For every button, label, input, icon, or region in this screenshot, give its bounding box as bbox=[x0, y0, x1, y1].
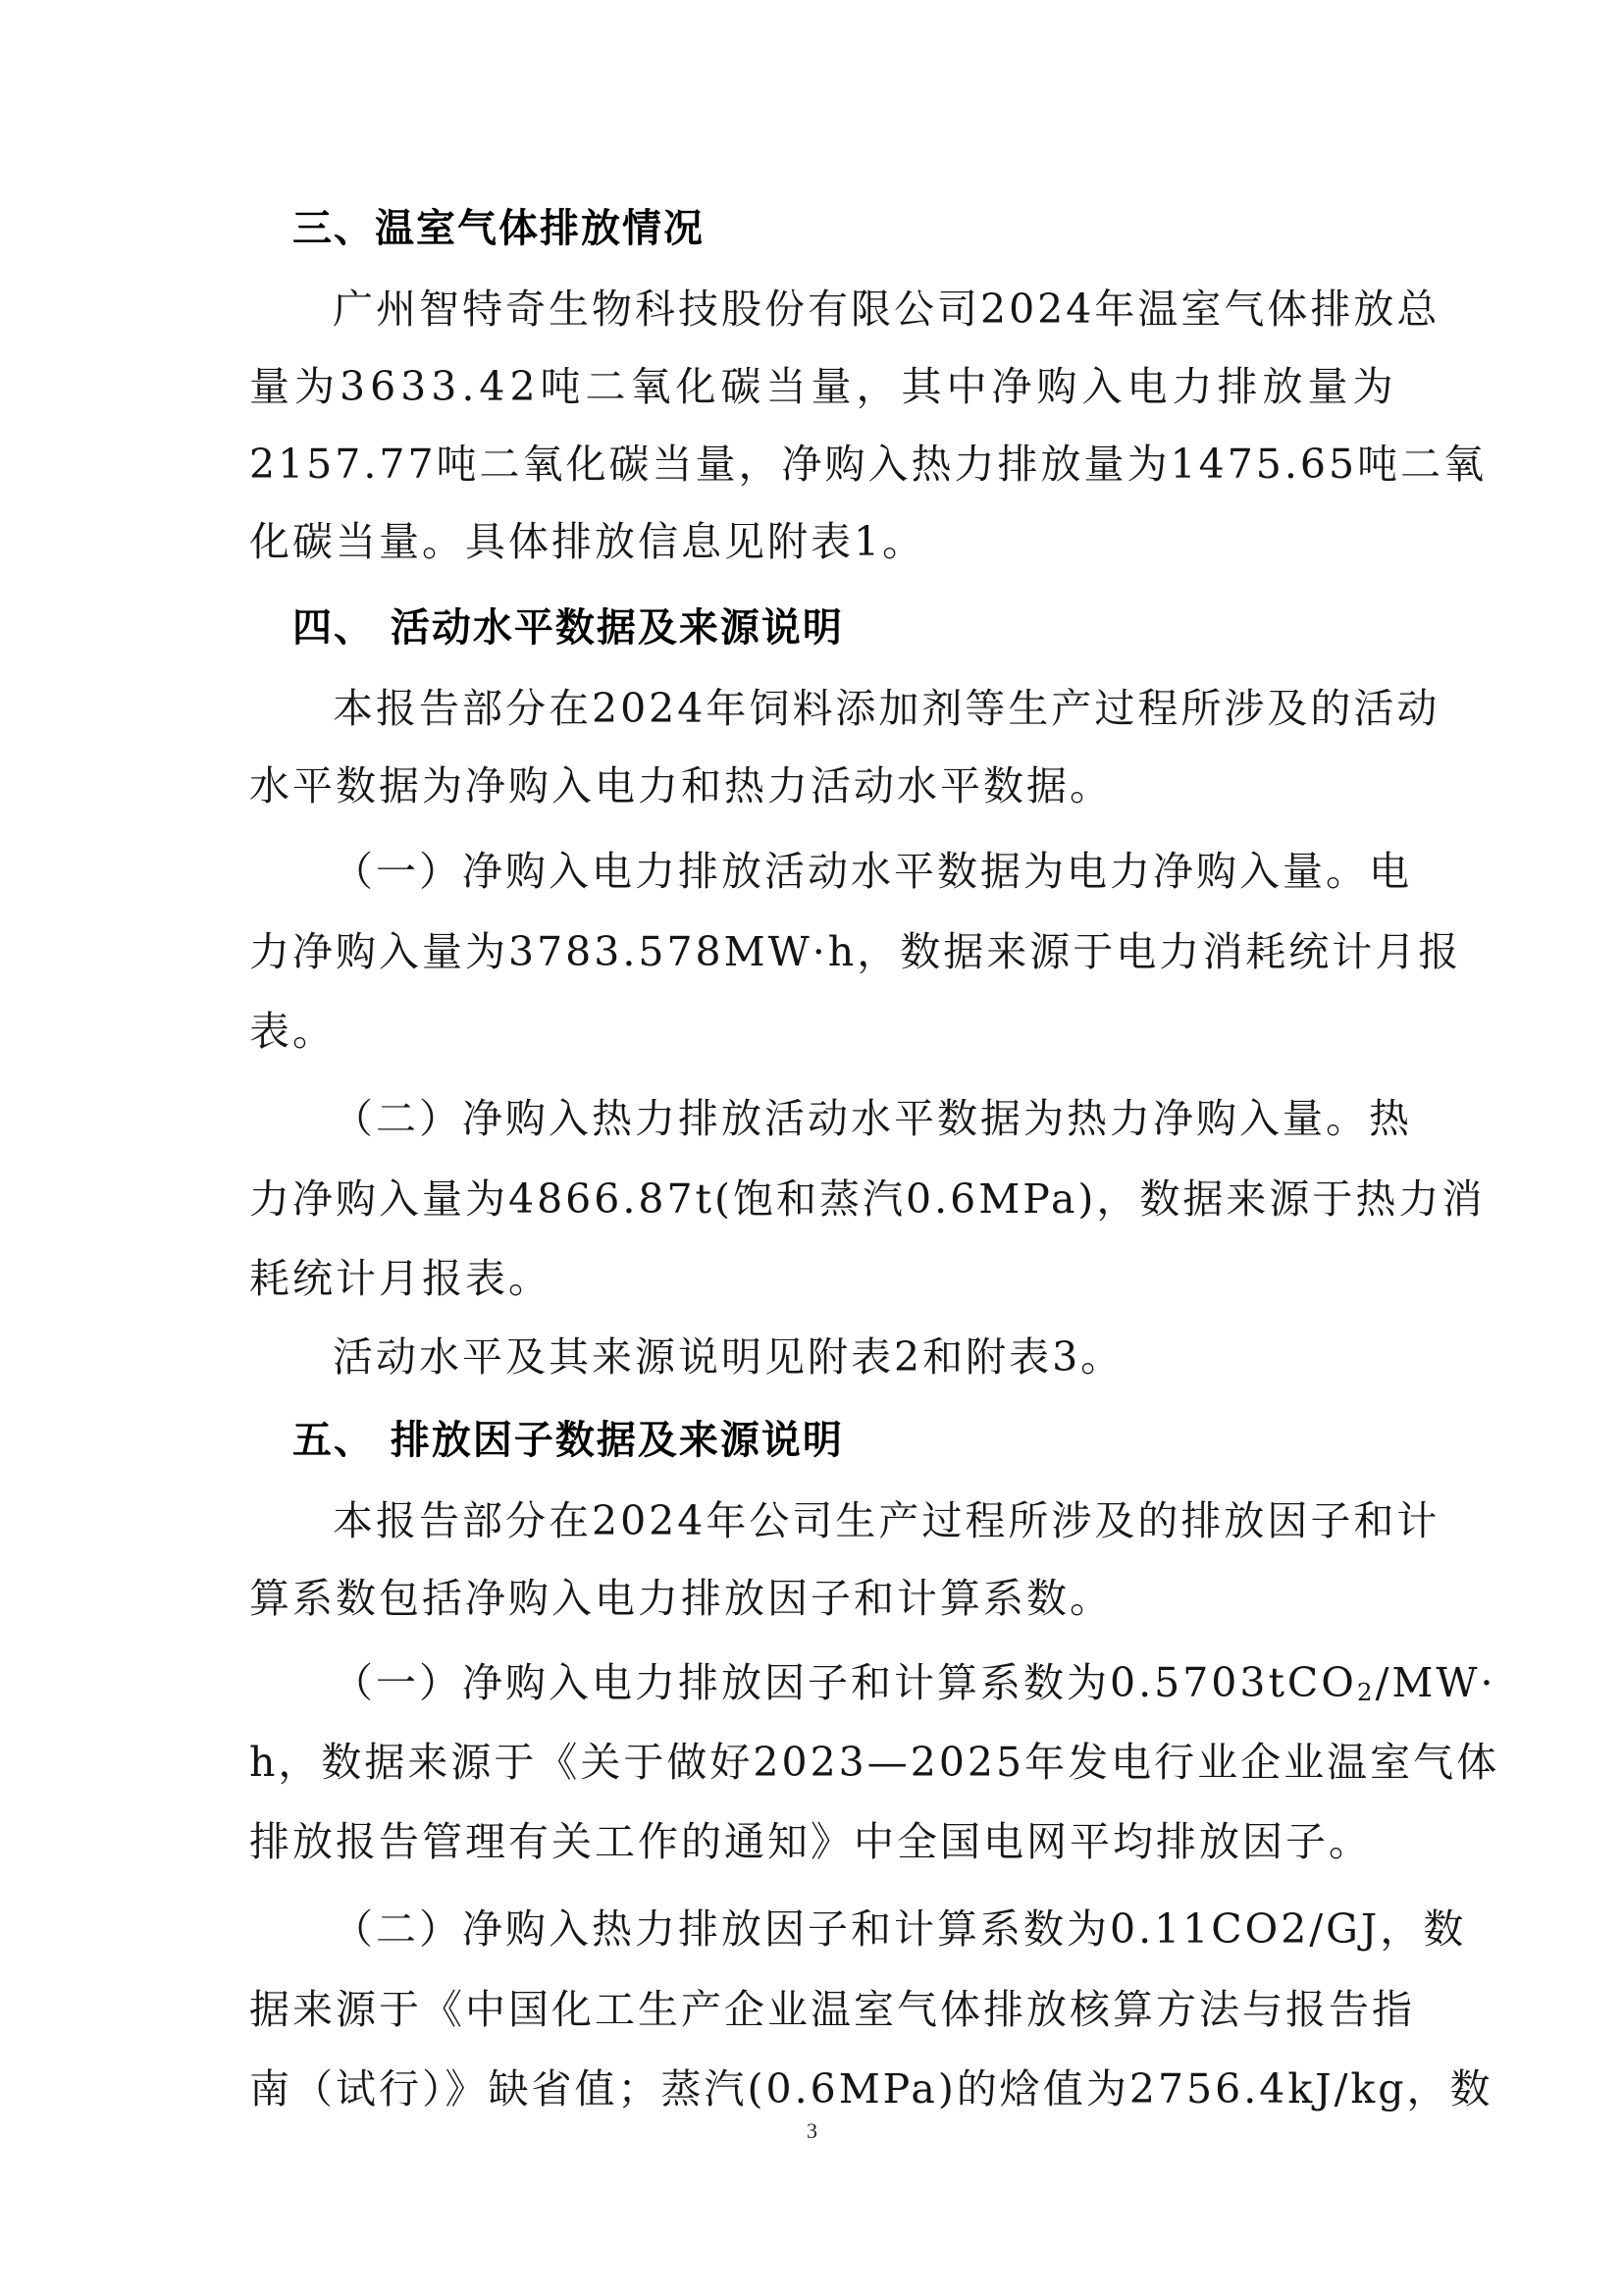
section-heading-3: 三、温室气体排放情况 bbox=[292, 204, 705, 253]
paragraph-line: 耗统计月报表。 bbox=[249, 1254, 551, 1303]
paragraph-line: h，数据来源于《关于做好2023—2025年发电行业企业温室气体 bbox=[249, 1738, 1499, 1787]
paragraph-line: 表。 bbox=[249, 1007, 336, 1056]
section-heading-4: 四、 活动水平数据及来源说明 bbox=[292, 603, 844, 652]
paragraph-line: 水平数据为净购入电力和热力活动水平数据。 bbox=[249, 761, 1113, 810]
paragraph-line: 南（试行）》缺省值；蒸汽(0.6MPa)的焓值为2756.4kJ/kg，数 bbox=[249, 2064, 1493, 2113]
paragraph-line: 广州智特奇生物科技股份有限公司2024年温室气体排放总 bbox=[333, 285, 1440, 334]
paragraph-line: （一）净购入电力排放因子和计算系数为0.5703tCO2/MW· bbox=[333, 1658, 1496, 1717]
paragraph-line: 算系数包括净购入电力排放因子和计算系数。 bbox=[249, 1574, 1113, 1623]
paragraph-line: 排放报告管理有关工作的通知》中全国电网平均排放因子。 bbox=[249, 1817, 1372, 1866]
paragraph-line: 力净购入量为4866.87t(饱和蒸汽0.6MPa)，数据来源于热力消 bbox=[249, 1174, 1485, 1224]
emission-factor-text: （一）净购入电力排放因子和计算系数为0.5703tCO bbox=[333, 1659, 1357, 1706]
paragraph-line: 活动水平及其来源说明见附表2和附表3。 bbox=[333, 1332, 1124, 1382]
paragraph-line: 2157.77吨二氧化碳当量，净购入热力排放量为1475.65吨二氧 bbox=[249, 440, 1487, 489]
unit-tail: /MW· bbox=[1376, 1659, 1496, 1706]
paragraph-line: 本报告部分在2024年饲料添加剂等生产过程所涉及的活动 bbox=[333, 684, 1440, 733]
page-number: 3 bbox=[0, 2118, 1624, 2144]
paragraph-line: 化碳当量。具体排放信息见附表1。 bbox=[249, 517, 925, 566]
paragraph-line: （一）净购入电力排放活动水平数据为电力净购入量。电 bbox=[333, 847, 1412, 896]
co2-subscript: 2 bbox=[1357, 1678, 1376, 1706]
paragraph-line: 量为3633.42吨二氧化碳当量，其中净购入电力排放量为 bbox=[249, 362, 1398, 411]
document-page: 三、温室气体排放情况 广州智特奇生物科技股份有限公司2024年温室气体排放总 量… bbox=[0, 0, 1624, 2295]
paragraph-line: 本报告部分在2024年公司生产过程所涉及的排放因子和计 bbox=[333, 1496, 1440, 1545]
paragraph-line: 力净购入量为3783.578MW·h，数据来源于电力消耗统计月报 bbox=[249, 927, 1461, 976]
section-heading-5: 五、 排放因子数据及来源说明 bbox=[292, 1416, 844, 1465]
paragraph-line: （二）净购入热力排放因子和计算系数为0.11CO2/GJ，数 bbox=[333, 1904, 1466, 1954]
paragraph-line: 据来源于《中国化工生产企业温室气体排放核算方法与报告指 bbox=[249, 1985, 1415, 2034]
paragraph-line: （二）净购入热力排放活动水平数据为热力净购入量。热 bbox=[333, 1094, 1412, 1143]
